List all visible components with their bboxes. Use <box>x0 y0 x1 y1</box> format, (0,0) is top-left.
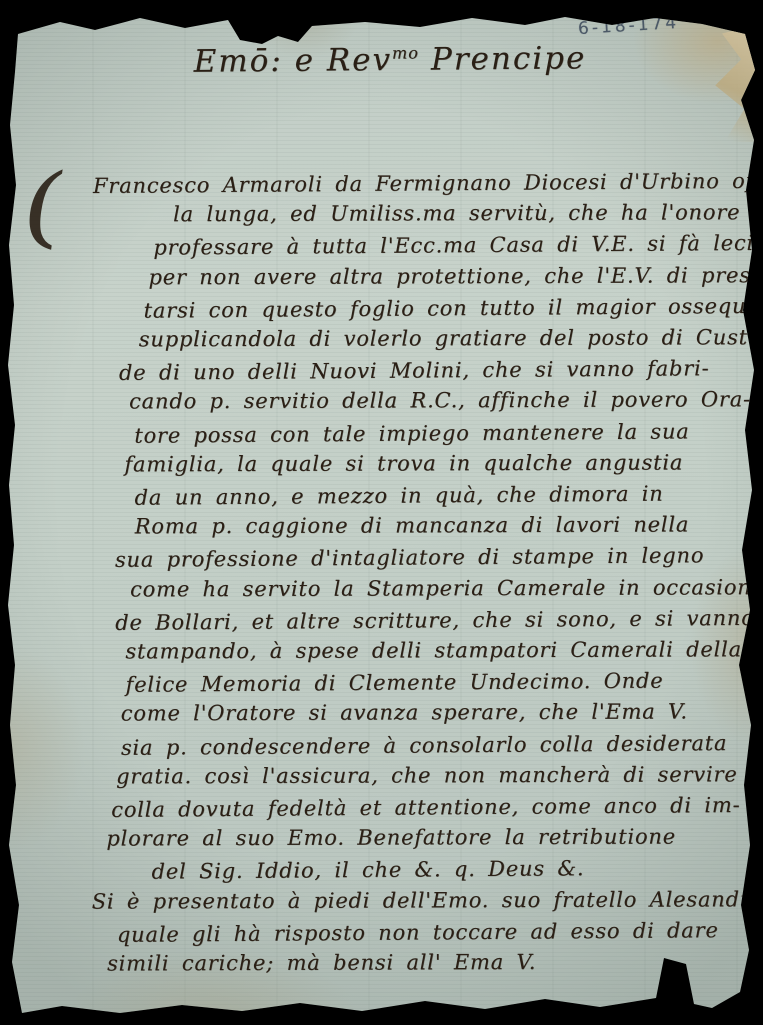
manuscript-line-10: famiglia, la quale si trova in qualche a… <box>124 447 756 480</box>
manuscript-line-6: supplicandola di volerlo gratiare del po… <box>139 322 756 355</box>
manuscript-line-25: quale gli hà risposto non toccare ad ess… <box>117 915 759 951</box>
manuscript-line-19: sia p. condescendere à consolarlo colla … <box>121 727 758 763</box>
salutation-prefix: Emō: e Rev <box>194 42 393 80</box>
manuscript-line-9: tore possa con tale impiego mantenere la… <box>134 415 756 451</box>
manuscript-page: 6-18-174 Emō: e Revmo Prencipe ( Frances… <box>0 0 763 1025</box>
archival-number: 6-18-174 <box>577 13 679 39</box>
torn-corner <box>709 24 761 142</box>
manuscript-line-14: come ha servito la Stamperia Camerale in… <box>130 572 757 605</box>
manuscript-line-18: come l'Oratore si avanza sperare, che l'… <box>121 697 758 730</box>
manuscript-line-12: Roma p. caggione di mancanza di lavori n… <box>135 509 757 542</box>
manuscript-line-2: la lunga, ed Umiliss.ma servitù, che ha … <box>173 197 755 230</box>
manuscript-line-15: de Bollari, et altre scritture, che si s… <box>115 603 757 639</box>
manuscript-line-24: Si è presentato à piedi dell'Emo. suo fr… <box>92 884 759 918</box>
manuscript-line-13: sua professione d'intagliatore di stampe… <box>115 540 757 576</box>
letter-salutation: Emō: e Revmo Prencipe <box>180 40 600 80</box>
manuscript-line-20: gratia. così l'assicura, che non mancher… <box>116 759 758 792</box>
manuscript-line-3: professare à tutta l'Ecc.ma Casa di V.E.… <box>153 228 755 264</box>
manuscript-line-8: cando p. servitio della R.C., affinche i… <box>129 385 756 418</box>
manuscript-line-23: del Sig. Iddio, il che &. q. Deus &. <box>151 852 758 888</box>
manuscript-line-16: stampando, à spese delli stampatori Came… <box>125 634 757 667</box>
manuscript-line-22: plorare al suo Emo. Benefattore la retri… <box>106 822 758 855</box>
photo-background: 6-18-174 Emō: e Revmo Prencipe ( Frances… <box>0 0 763 1025</box>
manuscript-line-5: tarsi con questo foglio con tutto il mag… <box>144 291 756 327</box>
salutation-superscript: mo <box>392 43 419 62</box>
letter-body: Francesco Armaroli da Fermignano Diocesi… <box>58 166 759 981</box>
manuscript-line-4: per non avere altra protettione, che l'E… <box>148 260 755 293</box>
salutation-suffix: Prencipe <box>419 40 587 77</box>
manuscript-line-26: simili cariche; mà bensi all' Ema V. <box>107 946 759 979</box>
